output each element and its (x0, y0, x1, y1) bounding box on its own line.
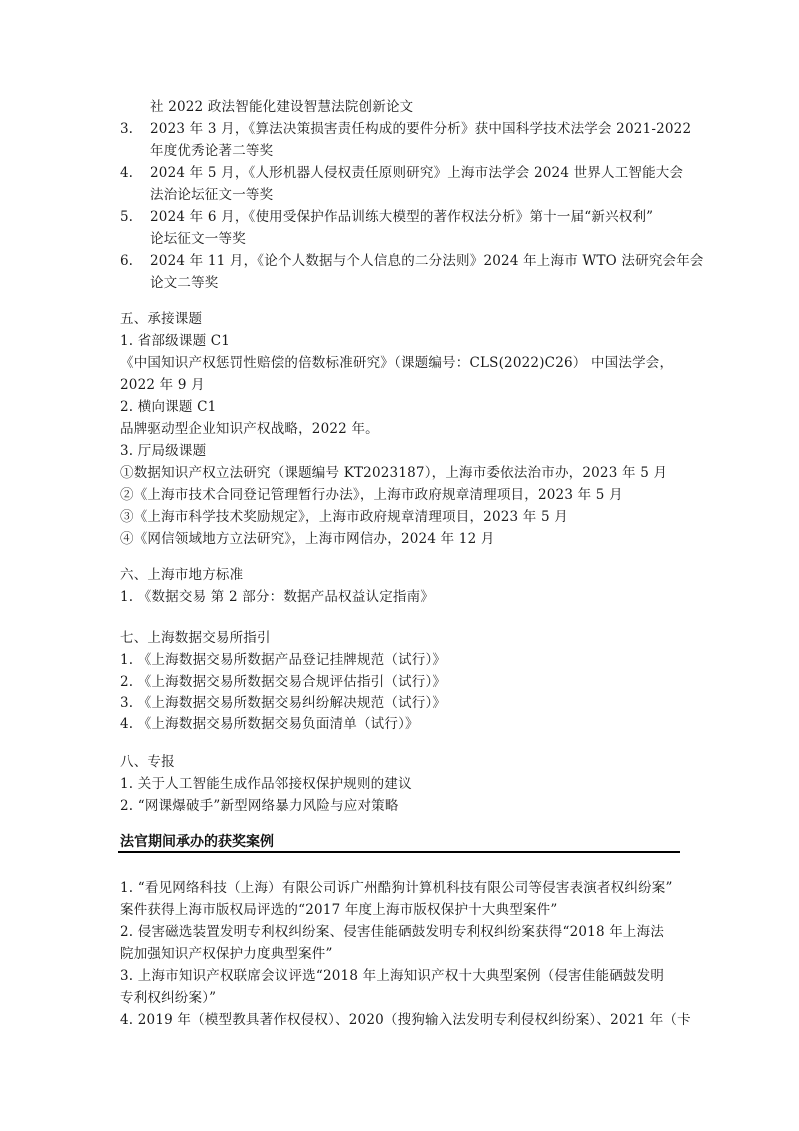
project-line: ④《网信领域地方立法研究》，上海市网信办，2024 年 12 月 (120, 529, 495, 549)
case-line: 2. 侵害磁选装置发明专利权纠纷案、侵害佳能硒鼓发明专利权纠纷案获得“2018 … (120, 922, 664, 942)
award-number: 5. (120, 207, 133, 227)
exchange-line: 2. 《上海数据交易所数据交易合规评估指引（试行）》 (120, 672, 446, 692)
standard-line: 1. 《数据交易 第 2 部分：数据产品权益认定指南》 (120, 587, 434, 607)
case-line: 院加强知识产权保护力度典型案件” (120, 944, 333, 964)
project-line: 品牌驱动型企业知识产权战略，2022 年。 (120, 419, 379, 439)
heading-divider (118, 851, 680, 853)
project-line: 《中国知识产权惩罚性赔偿的倍数标准研究》（课题编号：CLS(2022)C26） … (120, 353, 673, 373)
award-item-line: 2023 年 3 月，《算法决策损害责任构成的要件分析》获中国科学技术法学会 2… (150, 119, 691, 139)
case-line: 专利权纠纷案）” (120, 988, 216, 1008)
award-item-line: 论坛征文一等奖 (150, 229, 246, 249)
section-heading-cases: 法官期间承办的获奖案例 (120, 832, 274, 852)
award-number: 4. (120, 163, 133, 183)
exchange-line: 1. 《上海数据交易所数据产品登记挂牌规范（试行）》 (120, 650, 446, 670)
award-continuation: 社 2022 政法智能化建设智慧法院创新论文 (150, 97, 413, 117)
award-item-line: 法治论坛征文一等奖 (150, 185, 273, 205)
project-line: ②《上海市技术合同登记管理暂行办法》，上海市政府规章清理项目，2023 年 5 … (120, 485, 623, 505)
project-line: 2. 横向课题 C1 (120, 397, 216, 417)
project-line: 3. 厅局级课题 (120, 441, 206, 461)
section-heading-standards: 六、上海市地方标准 (120, 565, 243, 585)
case-line: 3. 上海市知识产权联席会议评选“2018 年上海知识产权十大典型案例（侵害佳能… (120, 966, 664, 986)
award-item-line: 年度优秀论著二等奖 (150, 141, 273, 161)
award-number: 6. (120, 251, 133, 271)
award-item-line: 2024 年 5 月，《人形机器人侵权责任原则研究》上海市法学会 2024 世界… (150, 163, 683, 183)
document-page: 社 2022 政法智能化建设智慧法院创新论文 3. 2023 年 3 月，《算法… (0, 0, 799, 1131)
case-line: 1. “看见网络科技（上海）有限公司诉广州酷狗计算机科技有限公司等侵害表演者权纠… (120, 878, 673, 898)
project-line: ③《上海市科学技术奖励规定》，上海市政府规章清理项目，2023 年 5 月 (120, 507, 568, 527)
project-line: 2022 年 9 月 (120, 375, 205, 395)
award-number: 3. (120, 119, 133, 139)
exchange-line: 3. 《上海数据交易所数据交易纠纷解决规范（试行）》 (120, 693, 446, 713)
project-line: 1. 省部级课题 C1 (120, 331, 230, 351)
award-item-line: 论文二等奖 (150, 273, 219, 293)
project-line: ①数据知识产权立法研究（课题编号 KT2023187），上海市委依法治市办，20… (120, 463, 667, 483)
section-heading-reports: 八、专报 (120, 752, 175, 772)
report-line: 2. “网课爆破手”新型网络暴力风险与应对策略 (120, 796, 399, 816)
award-item-line: 2024 年 11 月，《论个人数据与个人信息的二分法则》2024 年上海市 W… (150, 251, 704, 271)
exchange-line: 4. 《上海数据交易所数据交易负面清单（试行）》 (120, 714, 419, 734)
case-line: 4. 2019 年（模型教具著作权侵权）、2020（搜狗输入法发明专利侵权纠纷案… (120, 1010, 691, 1030)
report-line: 1. 关于人工智能生成作品邻接权保护规则的建议 (120, 774, 412, 794)
section-heading-exchange: 七、上海数据交易所指引 (120, 628, 271, 648)
award-item-line: 2024 年 6 月，《使用受保护作品训练大模型的著作权法分析》第十一届“新兴权… (150, 207, 653, 227)
case-line: 案件获得上海市版权局评选的“2017 年度上海市版权保护十大典型案件” (120, 900, 557, 920)
section-heading-projects: 五、承接课题 (120, 309, 202, 329)
